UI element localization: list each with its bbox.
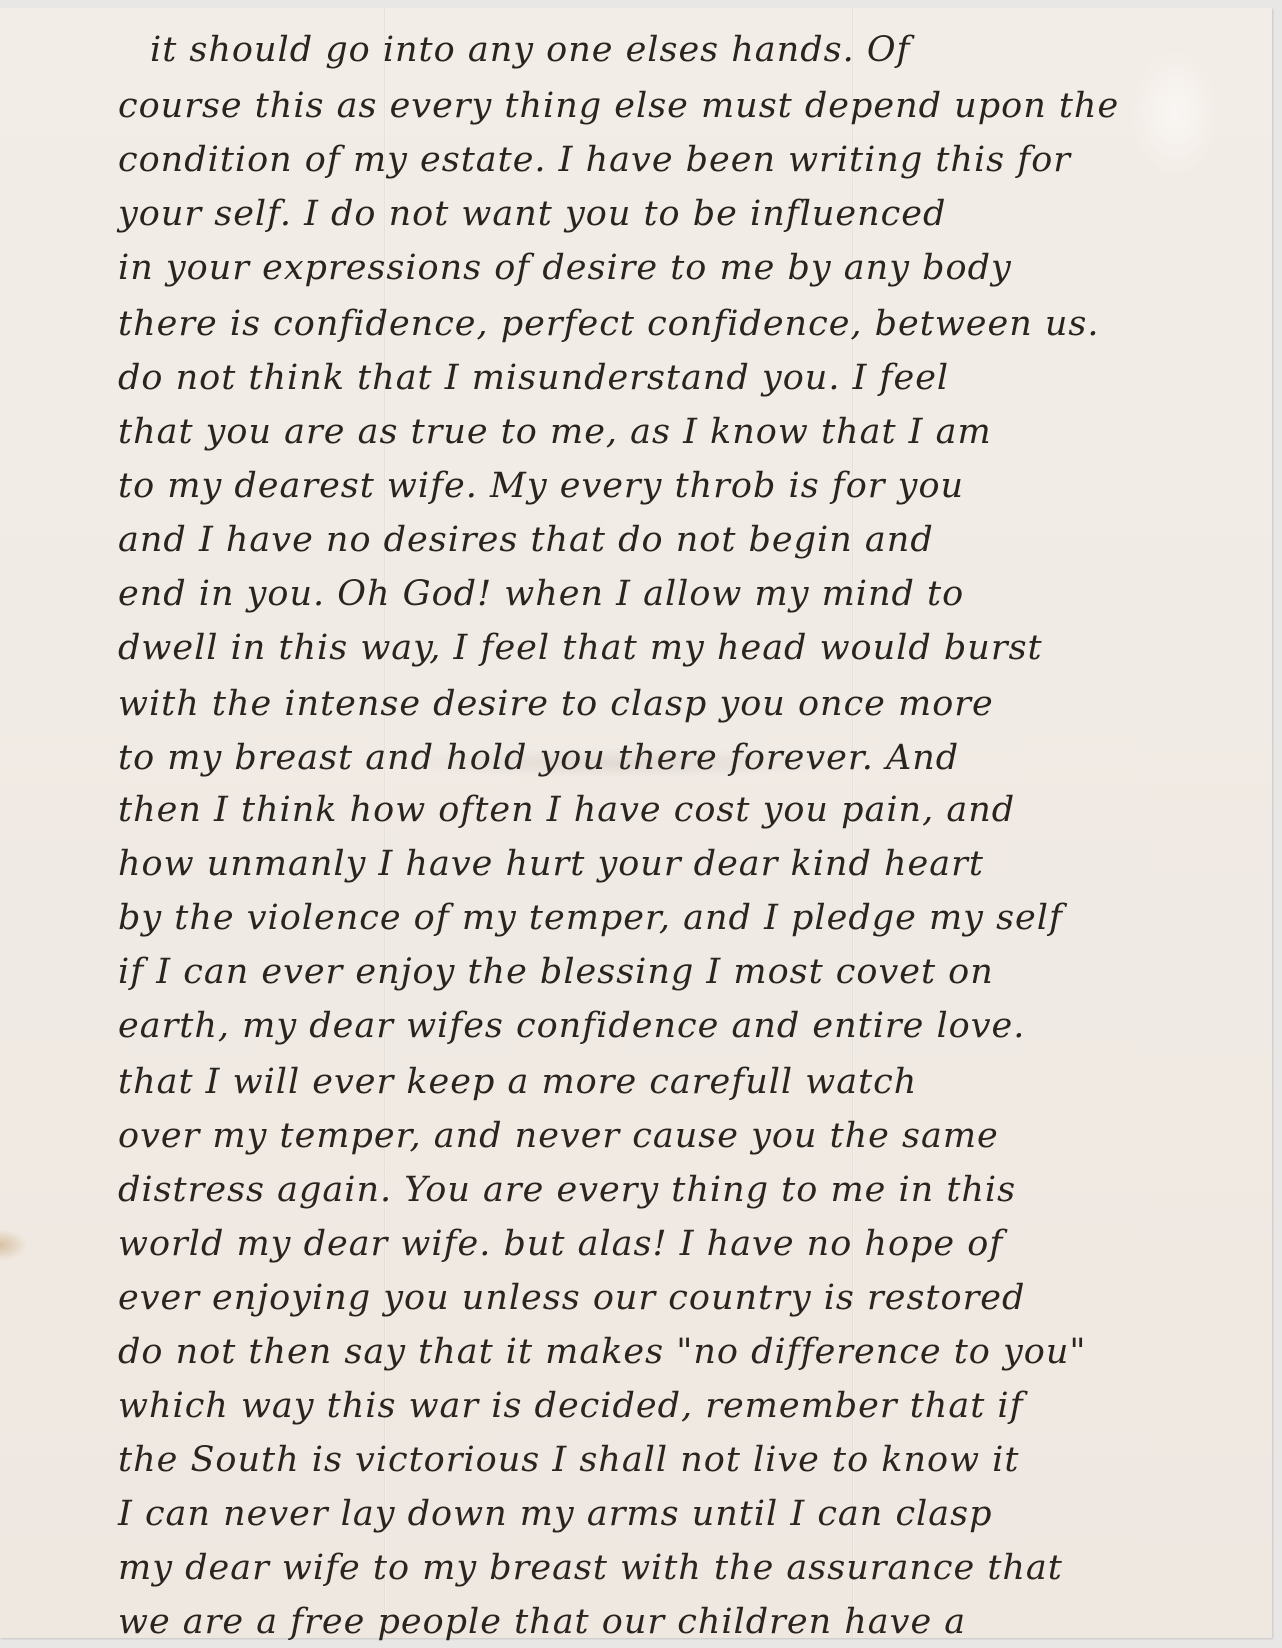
- letter-line: it should go into any one elses hands. O…: [150, 30, 1260, 70]
- letter-page: it should go into any one elses hands. O…: [0, 8, 1272, 1638]
- letter-line: in your expressions of desire to me by a…: [118, 248, 1228, 288]
- letter-line: world my dear wife. but alas! I have no …: [118, 1224, 1228, 1264]
- letter-line: we are a free people that our children h…: [118, 1602, 1228, 1642]
- letter-line: if I can ever enjoy the blessing I most …: [118, 952, 1228, 992]
- letter-line: to my breast and hold you there forever.…: [118, 738, 1228, 778]
- letter-line: to my dearest wife. My every throb is fo…: [118, 466, 1228, 506]
- letter-line: I can never lay down my arms until I can…: [118, 1494, 1228, 1534]
- letter-line: then I think how often I have cost you p…: [118, 790, 1228, 830]
- letter-line: that I will ever keep a more carefull wa…: [118, 1062, 1228, 1102]
- letter-line: course this as every thing else must dep…: [118, 86, 1228, 126]
- letter-line: over my temper, and never cause you the …: [118, 1116, 1228, 1156]
- letter-line: my dear wife to my breast with the assur…: [118, 1548, 1228, 1588]
- letter-line: there is confidence, perfect confidence,…: [118, 304, 1228, 344]
- letter-line: with the intense desire to clasp you onc…: [118, 684, 1228, 724]
- water-stain: [0, 1230, 26, 1260]
- letter-line: do not think that I misunderstand you. I…: [118, 358, 1228, 398]
- letter-line: earth, my dear wifes confidence and enti…: [118, 1006, 1228, 1046]
- letter-line: and I have no desires that do not begin …: [118, 520, 1228, 560]
- letter-line: end in you. Oh God! when I allow my mind…: [118, 574, 1228, 614]
- letter-line: distress again. You are every thing to m…: [118, 1170, 1228, 1210]
- letter-line: the South is victorious I shall not live…: [118, 1440, 1228, 1480]
- letter-line: ever enjoying you unless our country is …: [118, 1278, 1228, 1318]
- letter-line: that you are as true to me, as I know th…: [118, 412, 1228, 452]
- letter-line: do not then say that it makes "no differ…: [118, 1332, 1228, 1372]
- letter-line: which way this war is decided, remember …: [118, 1386, 1228, 1426]
- letter-line: dwell in this way, I feel that my head w…: [118, 628, 1228, 668]
- letter-line: by the violence of my temper, and I pled…: [118, 898, 1228, 938]
- letter-line: condition of my estate. I have been writ…: [118, 140, 1228, 180]
- letter-line: your self. I do not want you to be influ…: [118, 194, 1228, 234]
- letter-line: how unmanly I have hurt your dear kind h…: [118, 844, 1228, 884]
